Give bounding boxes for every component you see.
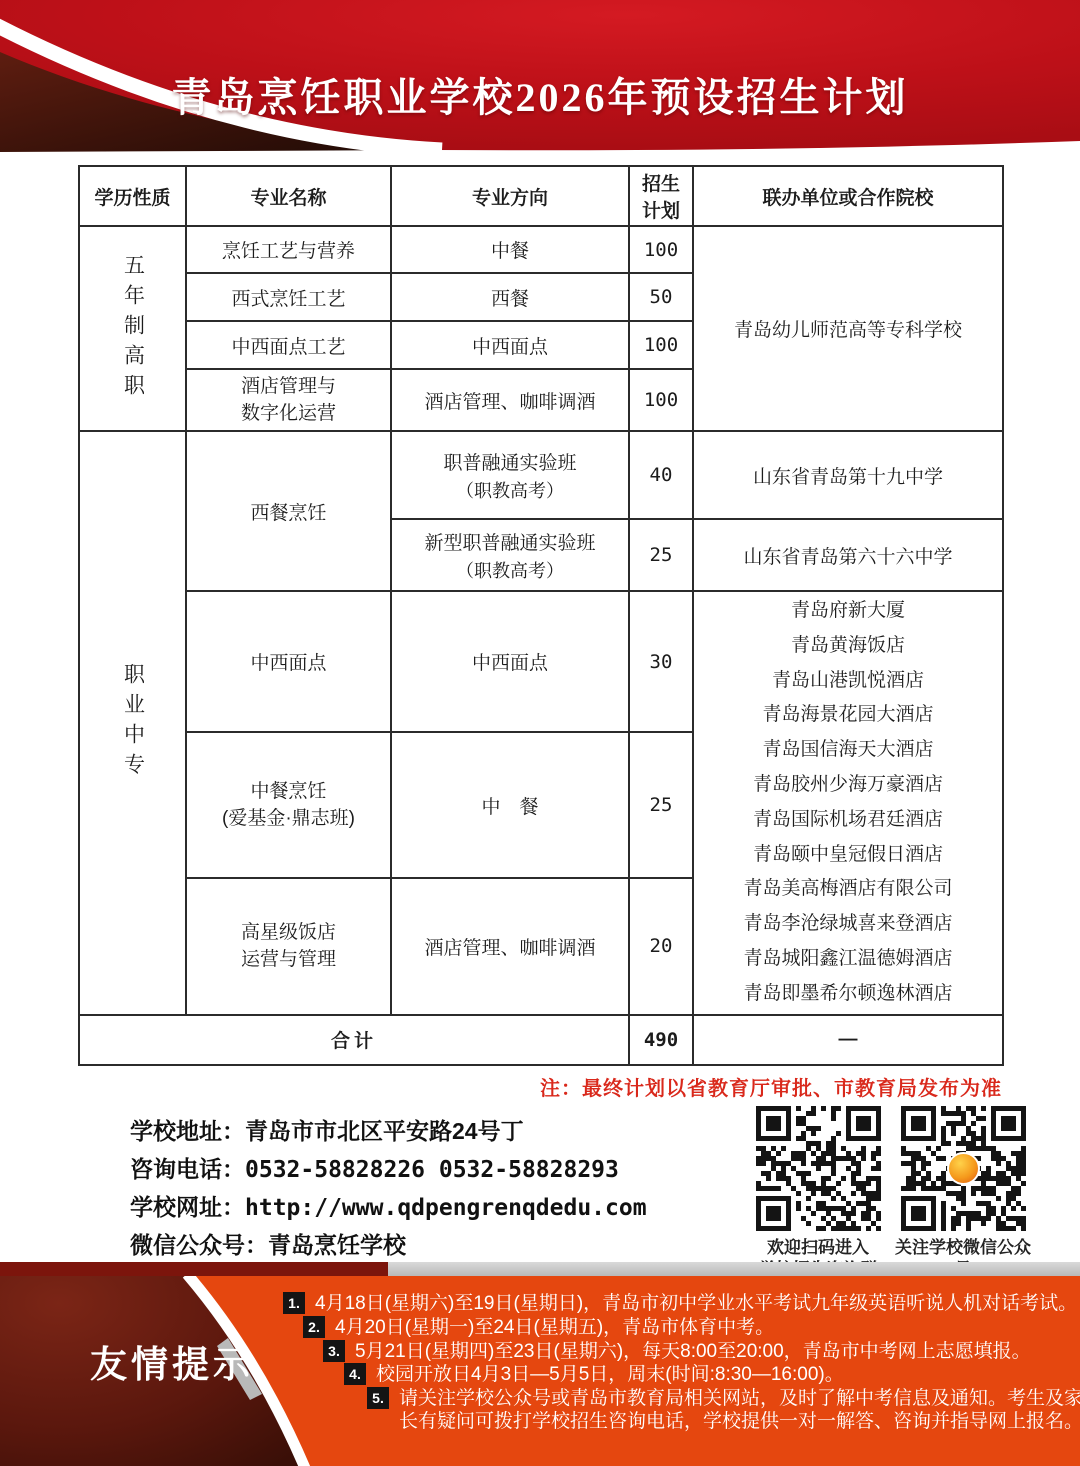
total-quota: 490 bbox=[629, 1015, 693, 1065]
tip-number-badge: 4. bbox=[344, 1363, 366, 1385]
tip-text: 校园开放日4月3日—5月5日，周末(时间:8:30—16:00)。 bbox=[376, 1363, 844, 1386]
direction-cell: 酒店管理、咖啡调酒 bbox=[391, 878, 629, 1014]
header-major-name: 专业名称 bbox=[186, 166, 391, 226]
website-label: 学校网址： bbox=[130, 1194, 245, 1220]
phone-line: 咨询电话：0532-58828226 0532-58828293 bbox=[130, 1150, 647, 1188]
tip-text: 4月20日(星期一)至24日(星期五)，青岛市体育中考。 bbox=[335, 1316, 774, 1339]
quota-cell: 50 bbox=[629, 273, 693, 321]
table-row: 五年制高职 烹饪工艺与营养 中餐 100 青岛幼儿师范高等专科学校 bbox=[79, 226, 1003, 273]
header-quota-line1: 招生 bbox=[642, 174, 680, 195]
direction-cell: 中西面点 bbox=[391, 591, 629, 732]
direction-cell: 中 餐 bbox=[391, 732, 629, 878]
website-line: 学校网址：http://www.qdpengrenqdedu.com bbox=[130, 1188, 647, 1226]
tip-text: 请关注学校公众号或青岛市教育局相关网站，及时了解中考信息及通知。考生及家长有疑问… bbox=[399, 1387, 1080, 1433]
header-major-direction: 专业方向 bbox=[391, 166, 629, 226]
address-line: 学校地址：青岛市市北区平安路24号丁 bbox=[130, 1112, 647, 1150]
phone-value: 0532-58828226 0532-58828293 bbox=[245, 1157, 619, 1183]
tip-number-badge: 1. bbox=[283, 1292, 305, 1314]
major-cell: 高星级饭店 运营与管理 bbox=[186, 878, 391, 1014]
header-quota: 招生计划 bbox=[629, 166, 693, 226]
direction-cell: 职普融通实验班（职教高考） bbox=[391, 431, 629, 519]
quota-cell: 20 bbox=[629, 878, 693, 1014]
address-label: 学校地址： bbox=[130, 1118, 245, 1144]
tips-panel-title: 友情提示 bbox=[62, 1334, 282, 1388]
address-value: 青岛市市北区平安路24号丁 bbox=[245, 1118, 524, 1144]
footer-divider bbox=[0, 1262, 1080, 1276]
major-cell: 酒店管理与 数字化运营 bbox=[186, 369, 391, 431]
section-five-year: 五年制高职 bbox=[79, 226, 186, 431]
direction-cell: 西餐 bbox=[391, 273, 629, 321]
quota-cell: 25 bbox=[629, 732, 693, 878]
qr-code-consult-group bbox=[756, 1106, 881, 1231]
quota-cell: 30 bbox=[629, 591, 693, 732]
approval-note: 注：最终计划以省教育厅审批、市教育局发布为准 bbox=[540, 1072, 1002, 1101]
tip-number-badge: 5. bbox=[367, 1387, 389, 1409]
tip-text: 5月21日(星期四)至23日(星期六)，每天8:00至20:00，青岛市中考网上… bbox=[355, 1340, 1031, 1363]
tip-text: 4月18日(星期六)至19日(星期日)，青岛市初中学业水平考试九年级英语听说人机… bbox=[315, 1292, 1077, 1315]
phone-label: 咨询电话： bbox=[130, 1156, 245, 1182]
tip-item-2: 2.4月20日(星期一)至24日(星期五)，青岛市体育中考。 bbox=[303, 1316, 774, 1339]
wechat-value: 青岛烹饪学校 bbox=[268, 1232, 406, 1258]
major-cell: 中西面点工艺 bbox=[186, 321, 391, 369]
quota-cell: 100 bbox=[629, 226, 693, 273]
table-row: 中西面点 中西面点 30 青岛府新大厦青岛黄海饭店青岛山港凯悦酒店青岛海景花园大… bbox=[79, 591, 1003, 732]
direction-main: 职普融通实验班 bbox=[443, 453, 576, 474]
quota-cell: 100 bbox=[629, 321, 693, 369]
total-label: 合计 bbox=[79, 1015, 629, 1065]
contact-info: 学校地址：青岛市市北区平安路24号丁 咨询电话：0532-58828226 05… bbox=[130, 1112, 647, 1264]
qr-group-consult: 欢迎扫码进入 学校招生咨询群 bbox=[748, 1106, 888, 1281]
direction-sub: （职教高考） bbox=[396, 557, 624, 583]
tips-footer: 友情提示 1.4月18日(星期六)至19日(星期日)，青岛市初中学业水平考试九年… bbox=[0, 1276, 1080, 1466]
major-cell: 西式烹饪工艺 bbox=[186, 273, 391, 321]
major-cell: 中餐烹饪 (爱基金·鼎志班) bbox=[186, 732, 391, 878]
tip-item-5: 5.请关注学校公众号或青岛市教育局相关网站，及时了解中考信息及通知。考生及家长有… bbox=[367, 1387, 1080, 1433]
tip-item-3: 3.5月21日(星期四)至23日(星期六)，每天8:00至20:00，青岛市中考… bbox=[323, 1340, 1031, 1363]
qr-code-wechat-official bbox=[901, 1106, 1026, 1231]
partner-cell-college: 青岛幼儿师范高等专科学校 bbox=[693, 226, 1003, 431]
major-cell: 西餐烹饪 bbox=[186, 431, 391, 591]
total-partner-dash: — bbox=[693, 1015, 1003, 1065]
website-value[interactable]: http://www.qdpengrenqdedu.com bbox=[245, 1195, 647, 1221]
page-title: 青岛烹饪职业学校2026年预设招生计划 bbox=[0, 66, 1080, 123]
tip-number-badge: 3. bbox=[323, 1340, 345, 1362]
partner-cell-hotels: 青岛府新大厦青岛黄海饭店青岛山港凯悦酒店青岛海景花园大酒店青岛国信海天大酒店青岛… bbox=[693, 591, 1003, 1015]
enrollment-poster: 青岛烹饪职业学校2026年预设招生计划 学历性质 专业名称 专业方向 招生计划 … bbox=[0, 0, 1080, 1466]
title-banner: 青岛烹饪职业学校2026年预设招生计划 bbox=[0, 0, 1080, 156]
partner-cell-school: 山东省青岛第十九中学 bbox=[693, 431, 1003, 519]
section-five-year-label: 五年制高职 bbox=[118, 254, 148, 404]
footer-divider-accent bbox=[0, 1262, 388, 1276]
table-total-row: 合计 490 — bbox=[79, 1015, 1003, 1065]
table-header-row: 学历性质 专业名称 专业方向 招生计划 联办单位或合作院校 bbox=[79, 166, 1003, 226]
table-row: 职业中专 西餐烹饪 职普融通实验班（职教高考） 40 山东省青岛第十九中学 bbox=[79, 431, 1003, 519]
wechat-logo-icon bbox=[947, 1152, 980, 1185]
tip-item-4: 4.校园开放日4月3日—5月5日，周末(时间:8:30—16:00)。 bbox=[344, 1363, 844, 1386]
major-cell: 烹饪工艺与营养 bbox=[186, 226, 391, 273]
direction-main: 新型职普融通实验班 bbox=[424, 533, 595, 554]
quota-cell: 25 bbox=[629, 519, 693, 591]
major-cell: 中西面点 bbox=[186, 591, 391, 732]
direction-cell: 酒店管理、咖啡调酒 bbox=[391, 369, 629, 431]
partner-cell-school: 山东省青岛第六十六中学 bbox=[693, 519, 1003, 591]
wechat-line: 微信公众号：青岛烹饪学校 bbox=[130, 1226, 647, 1264]
quota-cell: 40 bbox=[629, 431, 693, 519]
enrollment-table: 学历性质 专业名称 专业方向 招生计划 联办单位或合作院校 五年制高职 烹饪工艺… bbox=[78, 165, 1004, 1066]
direction-cell: 中西面点 bbox=[391, 321, 629, 369]
section-secondary: 职业中专 bbox=[79, 431, 186, 1015]
quota-cell: 100 bbox=[629, 369, 693, 431]
direction-sub: （职教高考） bbox=[396, 477, 624, 503]
direction-cell: 中餐 bbox=[391, 226, 629, 273]
direction-cell: 新型职普融通实验班（职教高考） bbox=[391, 519, 629, 591]
section-secondary-label: 职业中专 bbox=[118, 663, 148, 783]
header-partner: 联办单位或合作院校 bbox=[693, 166, 1003, 226]
wechat-label: 微信公众号： bbox=[130, 1232, 268, 1258]
tip-item-1: 1.4月18日(星期六)至19日(星期日)，青岛市初中学业水平考试九年级英语听说… bbox=[283, 1292, 1077, 1315]
tip-number-badge: 2. bbox=[303, 1316, 325, 1338]
header-degree-type: 学历性质 bbox=[79, 166, 186, 226]
header-quota-line2: 计划 bbox=[642, 201, 680, 222]
